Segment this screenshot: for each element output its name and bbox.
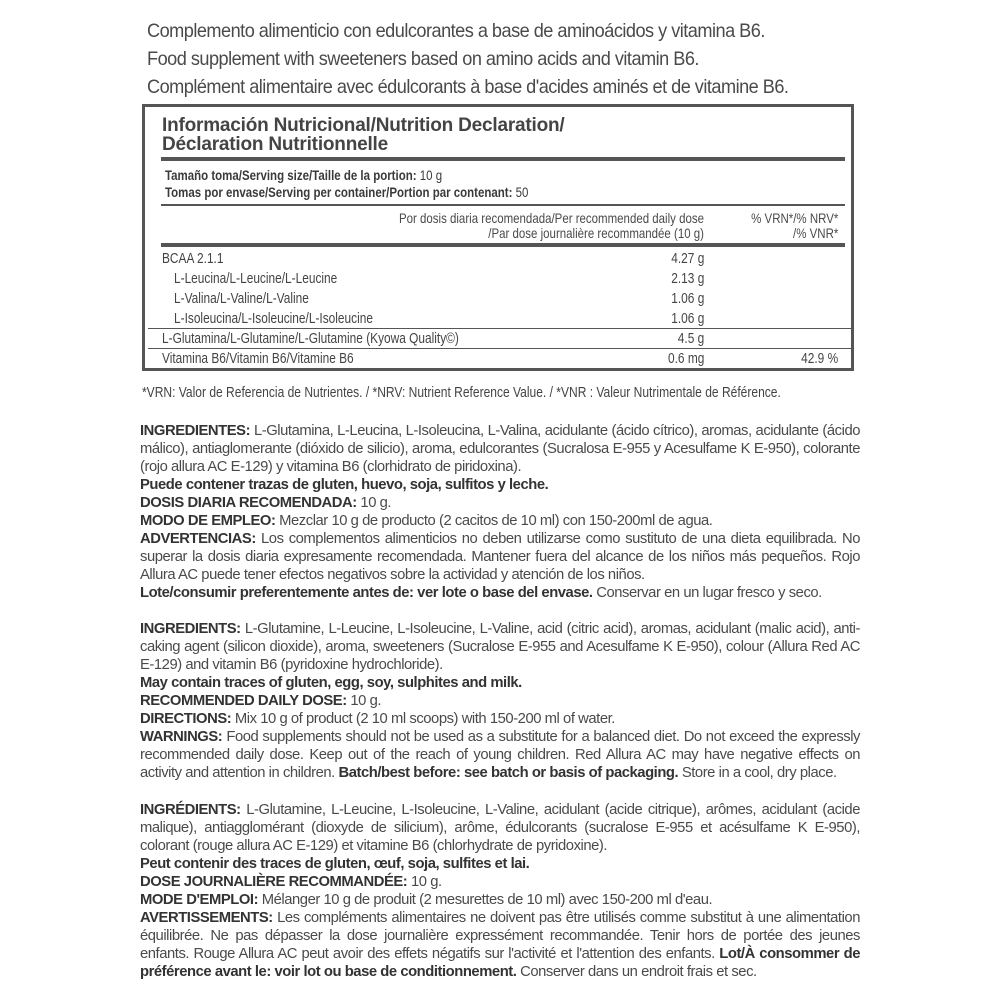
allergens-fr: Peut contenir des traces de gluten, œuf,…: [140, 855, 860, 873]
servings-per-container: Tomas por envase/Serving per container/P…: [165, 184, 528, 200]
warnings-fr: AVERTISSEMENTS: Les compléments alimenta…: [140, 909, 860, 981]
dose-es: DOSIS DIARIA RECOMENDADA: 10 g.: [140, 494, 860, 512]
nutrient-row: Vitamina B6/Vitamin B6/Vitamine B6 0.6 m…: [145, 349, 851, 369]
ingredients-en: INGREDIENTS: L-Glutamine, L-Leucine, L-I…: [140, 620, 860, 674]
french-section: INGRÉDIENTS: L-Glutamine, L-Leucine, L-I…: [140, 801, 860, 981]
divider: [161, 157, 845, 161]
description-en: Food supplement with sweeteners based on…: [147, 45, 835, 73]
product-description: Complemento alimenticio con edulcorantes…: [147, 17, 835, 101]
ingredients-es: INGREDIENTES: L-Glutamina, L-Leucina, L-…: [140, 422, 860, 476]
spanish-section: INGREDIENTES: L-Glutamina, L-Leucina, L-…: [140, 422, 860, 602]
description-fr: Complément alimentaire avec édulcorants …: [147, 73, 835, 101]
warnings-en: WARNINGS: Food supplements should not be…: [140, 728, 860, 782]
nutrition-facts-table: Información Nutricional/Nutrition Declar…: [142, 104, 854, 371]
directions-fr: MODE D'EMPLOI: Mélanger 10 g de produit …: [140, 891, 860, 909]
column-header-amount: Por dosis diaria recomendada/Per recomme…: [399, 211, 704, 241]
nutrient-row: L-Glutamina/L-Glutamine/L-Glutamine (Kyo…: [145, 329, 851, 349]
nutrient-row: L-Isoleucina/L-Isoleucine/L-Isoleucine 1…: [145, 309, 851, 329]
column-header-nrv: % VRN*/% NRV* /% VNR*: [751, 211, 838, 241]
allergens-en: May contain traces of gluten, egg, soy, …: [140, 674, 860, 692]
divider: [161, 204, 845, 206]
ingredients-fr: INGRÉDIENTS: L-Glutamine, L-Leucine, L-I…: [140, 801, 860, 855]
directions-es: MODO DE EMPLEO: Mezclar 10 g de producto…: [140, 512, 860, 530]
english-section: INGREDIENTS: L-Glutamine, L-Leucine, L-I…: [140, 620, 860, 782]
allergens-es: Puede contener trazas de gluten, huevo, …: [140, 476, 860, 494]
description-es: Complemento alimenticio con edulcorantes…: [147, 17, 835, 45]
dose-en: RECOMMENDED DAILY DOSE: 10 g.: [140, 692, 860, 710]
nutrition-title: Información Nutricional/Nutrition Declar…: [162, 116, 565, 154]
directions-en: DIRECTIONS: Mix 10 g of product (2 10 ml…: [140, 710, 860, 728]
dose-fr: DOSE JOURNALIÈRE RECOMMANDÉE: 10 g.: [140, 873, 860, 891]
nutrient-row: L-Valina/L-Valine/L-Valine 1.06 g: [145, 289, 851, 309]
warnings-es: ADVERTENCIAS: Los complementos alimentic…: [140, 530, 860, 584]
serving-size: Tamaño toma/Serving size/Taille de la po…: [165, 167, 442, 183]
nrv-footnote: *VRN: Valor de Referencia de Nutrientes.…: [142, 384, 781, 402]
divider: [161, 243, 845, 247]
nutrient-row: BCAA 2.1.1 4.27 g: [145, 249, 851, 269]
nutrient-row: L-Leucina/L-Leucine/L-Leucine 2.13 g: [145, 269, 851, 289]
batch-es: Lote/consumir preferentemente antes de: …: [140, 584, 860, 602]
